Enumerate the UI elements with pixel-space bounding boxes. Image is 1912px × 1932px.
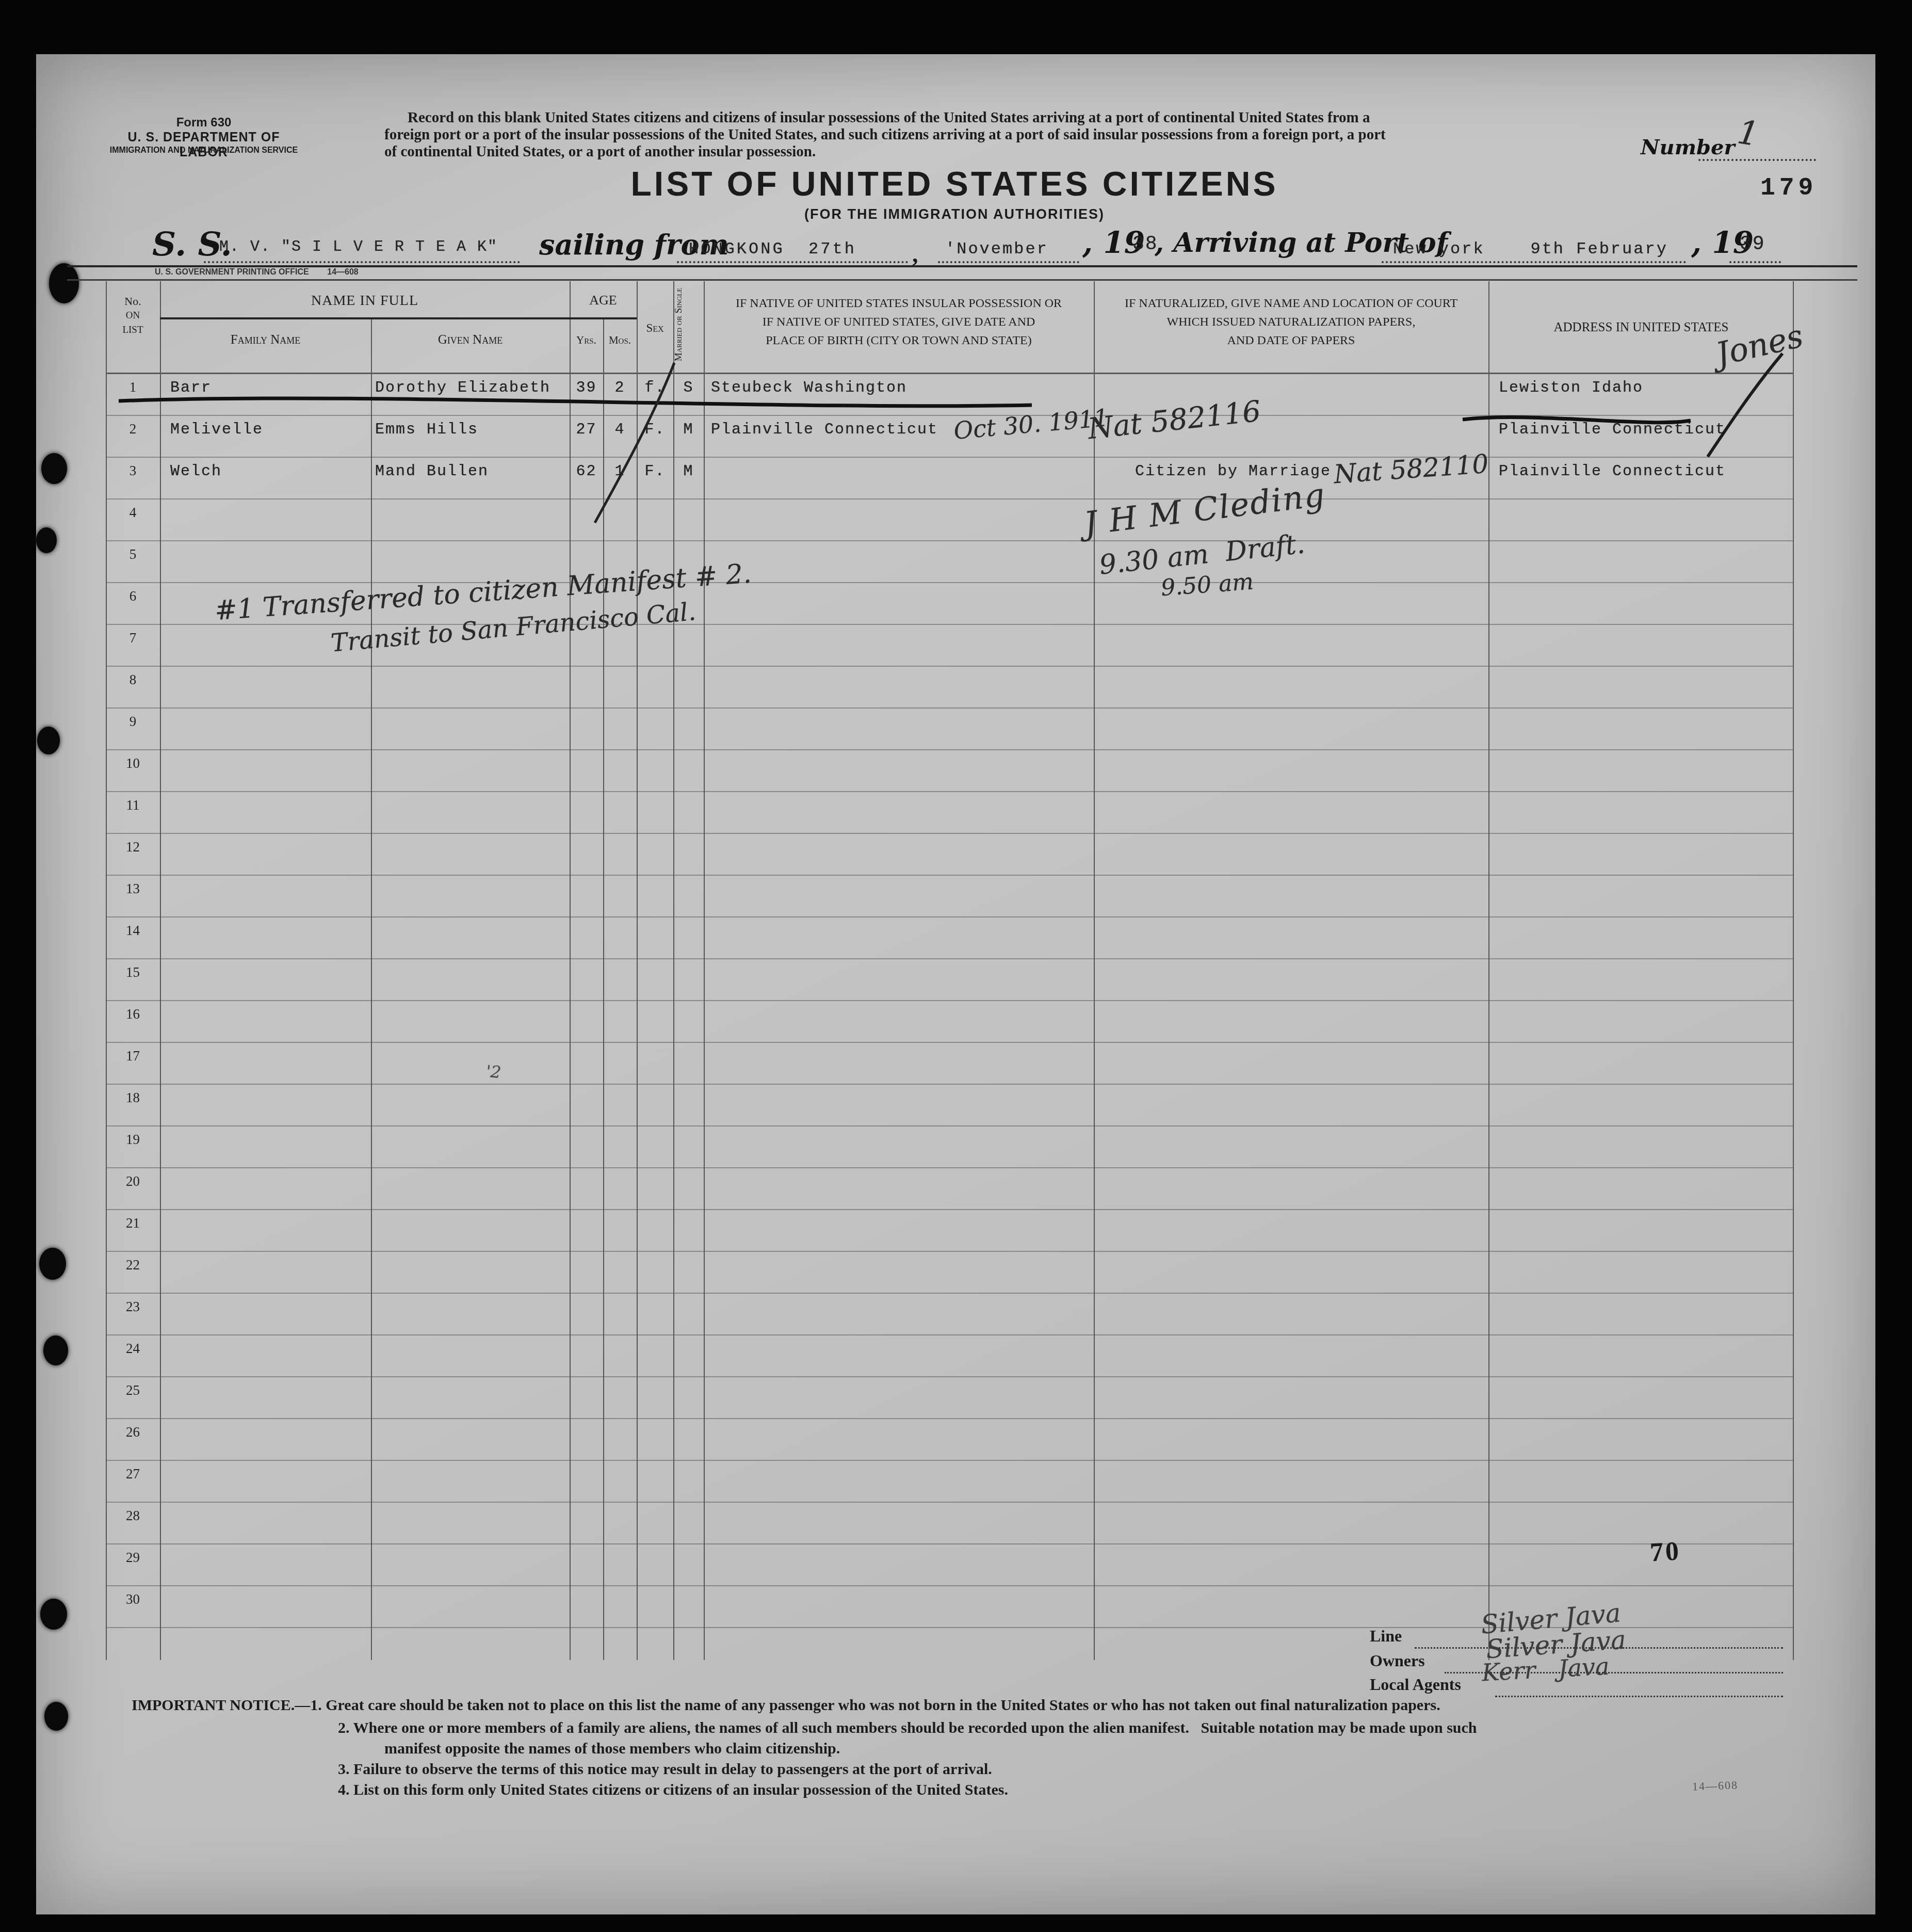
arrival-underline [1382, 261, 1686, 263]
vessel-underline [204, 261, 520, 263]
scanned-document: Form 630 U. S. DEPARTMENT OF LABOR IMMIG… [0, 0, 1912, 1932]
local-agents-dotted [1495, 1696, 1783, 1697]
punch-hole [36, 527, 57, 553]
notice-line-1: IMPORTANT NOTICE.—1. Great care should b… [132, 1697, 1440, 1714]
page-number-stamp: 179 [1760, 174, 1817, 202]
punch-hole [41, 453, 67, 484]
stray-pencil-mark: '2 [485, 1061, 502, 1083]
manifest-table: No. ON LIST NAME IN FULL Family Name Giv… [106, 281, 1794, 1660]
arrival-year-underline [1729, 261, 1781, 263]
punch-hole [44, 1702, 68, 1731]
notice-line-4: 3. Failure to observe the terms of this … [338, 1761, 992, 1778]
local-agents-label: Local Agents [1370, 1675, 1461, 1694]
number-line [1698, 159, 1816, 161]
punch-hole [39, 1248, 66, 1280]
page-title: LIST OF UNITED STATES CITIZENS [593, 164, 1316, 203]
horizontal-rule-2 [67, 279, 1857, 281]
owners-label: Owners [1370, 1651, 1425, 1670]
sailing-month: 'November [945, 239, 1048, 259]
line-label: Line [1370, 1627, 1402, 1646]
instructions-line-1: Record on this blank United States citiz… [408, 109, 1370, 126]
horizontal-rule [67, 265, 1857, 267]
department-name: U. S. DEPARTMENT OF LABOR [106, 130, 302, 160]
number-label: Number [1641, 135, 1735, 159]
notice-line-3: manifest opposite the names of those mem… [384, 1740, 840, 1758]
sailing-port: HONGKONG 27th [689, 239, 856, 259]
initials-flourish [1692, 330, 1837, 475]
punch-hole [43, 1335, 68, 1365]
service-name: IMMIGRATION AND NATURALIZATION SERVICE [106, 146, 302, 155]
notice-line-5: 4. List on this form only United States … [338, 1781, 1008, 1799]
sailing-port-underline [677, 261, 908, 263]
form-number: Form 630 [106, 116, 302, 130]
print-code-bottom: 14—608 [1692, 1778, 1739, 1793]
notice-line-2: 2. Where one or more members of a family… [338, 1719, 1477, 1737]
instructions-line-2: foreign port or a port of the insular po… [384, 126, 1386, 143]
page-subtitle: (FOR THE IMMIGRATION AUTHORITIES) [593, 206, 1316, 222]
comma-separator: , [912, 240, 918, 268]
arrival-year: 39 [1740, 233, 1765, 255]
punch-hole [37, 727, 60, 754]
printing-office-line: U. S. GOVERNMENT PRINTING OFFICE 14—608 [155, 268, 359, 277]
row1-address-strike [1463, 417, 1691, 422]
check-slash-stroke [595, 363, 674, 523]
punch-hole [40, 1599, 67, 1630]
handwritten-strike-overlay [106, 281, 1794, 1660]
row1-strike-line [119, 398, 1032, 406]
sheet-number-stamp: 70 [1649, 1536, 1681, 1568]
sailing-month-underline [938, 261, 1079, 263]
instructions-line-3: of continental United States, or a port … [384, 143, 816, 160]
vessel-name: M. V. "S I L V E R T E A K" [219, 238, 498, 256]
arrival-port-date: New york 9th February [1393, 239, 1668, 259]
punch-hole [49, 263, 79, 303]
